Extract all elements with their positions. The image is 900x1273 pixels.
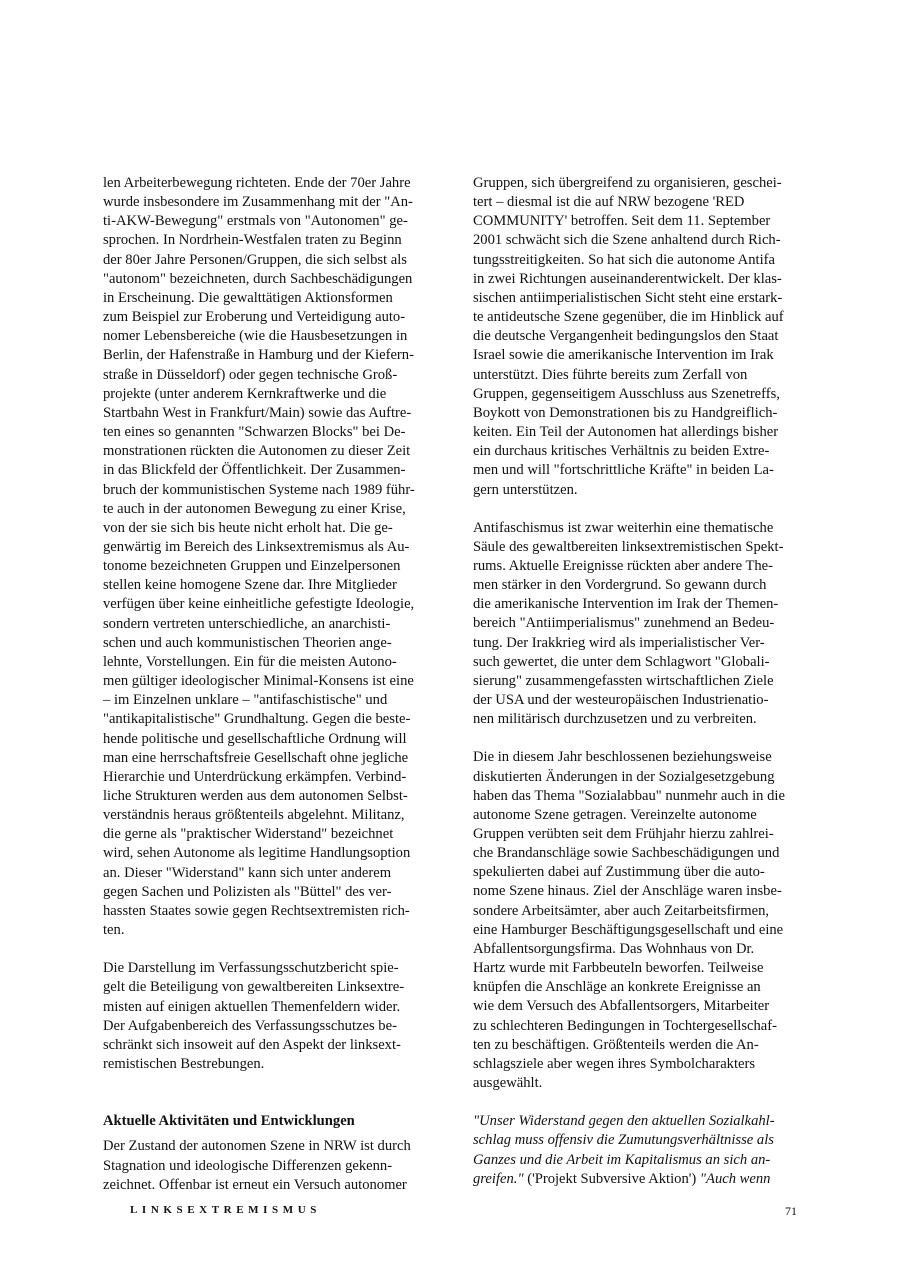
text-line: sondere Arbeitsämter, aber auch Zeitarbe… <box>473 902 803 921</box>
text-line: knüpfen die Anschläge an konkrete Ereign… <box>473 978 803 997</box>
text-line: men und will "fortschrittliche Kräfte" i… <box>473 461 803 480</box>
text-line: liche Strukturen werden aus dem autonome… <box>103 787 433 806</box>
section-heading: Aktuelle Aktivitäten und Entwicklungen <box>103 1112 433 1131</box>
text-line: verständnis heraus größtenteils abgelehn… <box>103 806 433 825</box>
text-line: – im Einzelnen unklare – "antifaschistis… <box>103 691 433 710</box>
text-line: Berlin, der Hafenstraße in Hamburg und d… <box>103 346 433 365</box>
text-line: nomer Lebensbereiche (wie die Hausbesetz… <box>103 327 433 346</box>
text-line: gern unterstützen. <box>473 481 803 500</box>
text-line: in zwei Richtungen auseinanderentwickelt… <box>473 270 803 289</box>
text-line: such gewertet, die unter dem Schlagwort … <box>473 653 803 672</box>
text-line: schlagsziele aber wegen ihres Symbolchar… <box>473 1055 803 1074</box>
text-line: von der sie sich bis heute nicht erholt … <box>103 519 433 538</box>
text-line: len Arbeiterbewegung richteten. Ende der… <box>103 174 433 193</box>
text-line: wie dem Versuch des Abfallentsorgers, Mi… <box>473 997 803 1016</box>
text-line: te antideutsche Szene gegenüber, die im … <box>473 308 803 327</box>
text-line: bereich "Antiimperialismus" zunehmend an… <box>473 614 803 633</box>
text-line: Der Zustand der autonomen Szene in NRW i… <box>103 1137 433 1156</box>
text-line: men gültiger ideologischer Minimal-Konse… <box>103 672 433 691</box>
text-line: rums. Aktuelle Ereignisse rückten aber a… <box>473 557 803 576</box>
text-line: Abfallentsorgungsfirma. Das Wohnhaus von… <box>473 940 803 959</box>
text-line: Hierarchie und Unterdrückung erkämpfen. … <box>103 768 433 787</box>
text-line: ein durchaus kritisches Verhältnis zu be… <box>473 442 803 461</box>
text-line: tert – diesmal ist die auf NRW bezogene … <box>473 193 803 212</box>
text-line: in Erscheinung. Die gewalttätigen Aktion… <box>103 289 433 308</box>
text-line: hassten Staates sowie gegen Rechtsextrem… <box>103 902 433 921</box>
text-line: tung. Der Irakkrieg wird als imperialist… <box>473 634 803 653</box>
quote-italic-lines: "Unser Widerstand gegen den aktuellen So… <box>473 1112 803 1169</box>
text-line: tonome bezeichneten Gruppen und Einzelpe… <box>103 557 433 576</box>
text-line: eine Hamburger Beschäftigungsgesellschaf… <box>473 921 803 940</box>
text-line: schen und auch kommunistischen Theorien … <box>103 634 433 653</box>
right-column: Gruppen, sich übergreifend zu organisier… <box>473 174 803 1208</box>
text-line: Ganzes und die Arbeit im Kapitalismus an… <box>473 1151 803 1170</box>
text-line: 2001 schwächt sich die Szene anhaltend d… <box>473 231 803 250</box>
text-line: wurde insbesondere im Zusammenhang mit d… <box>103 193 433 212</box>
text-line: Hartz wurde mit Farbbeuteln beworfen. Te… <box>473 959 803 978</box>
text-line: Startbahn West in Frankfurt/Main) sowie … <box>103 404 433 423</box>
text-line: die gerne als "praktischer Widerstand" b… <box>103 825 433 844</box>
paragraph-sozialabbau: Die in diesem Jahr beschlossenen beziehu… <box>473 748 803 1093</box>
running-footer-title: LINKSEXTREMISMUS <box>130 1204 797 1216</box>
text-line: Antifaschismus ist zwar weiterhin eine t… <box>473 519 803 538</box>
quote-continuation: "Auch wenn <box>700 1171 771 1187</box>
text-line: ausgewählt. <box>473 1074 803 1093</box>
text-line: stellen keine homogene Szene dar. Ihre M… <box>103 576 433 595</box>
text-line: wird, sehen Autonome als legitime Handlu… <box>103 844 433 863</box>
text-line: man eine herrschaftsfreie Gesellschaft o… <box>103 749 433 768</box>
text-line: haben das Thema "Sozialabbau" nunmehr au… <box>473 787 803 806</box>
text-line: keiten. Ein Teil der Autonomen hat aller… <box>473 423 803 442</box>
text-line: che Brandanschläge sowie Sachbeschädigun… <box>473 844 803 863</box>
text-line: remistischen Bestrebungen. <box>103 1055 433 1074</box>
paragraph-verfassungsschutz-scope: Die Darstellung im Verfassungsschutzberi… <box>103 959 433 1074</box>
text-line: tungsstreitigkeiten. So hat sich die aut… <box>473 251 803 270</box>
page-number: 71 <box>785 1204 797 1219</box>
text-line: diskutierten Änderungen in der Sozialges… <box>473 768 803 787</box>
quote-end-fragment: greifen." <box>473 1171 524 1187</box>
text-line: sondern vertreten unterschiedliche, an a… <box>103 615 433 634</box>
text-line: straße in Düsseldorf) oder gegen technis… <box>103 366 433 385</box>
text-line: Gruppen, gegenseitigem Ausschluss aus Sz… <box>473 385 803 404</box>
text-line: zu schlechteren Bedingungen in Tochterge… <box>473 1017 803 1036</box>
text-line: gelt die Beteiligung von gewaltbereiten … <box>103 978 433 997</box>
text-line: ten. <box>103 921 433 940</box>
text-line: Gruppen verübten seit dem Frühjahr hierz… <box>473 825 803 844</box>
text-line: misten auf einigen aktuellen Themenfelde… <box>103 998 433 1017</box>
text-line: ten eines so genannten "Schwarzen Blocks… <box>103 423 433 442</box>
text-line: der USA und der westeuropäischen Industr… <box>473 691 803 710</box>
quote-last-line: greifen." ('Projekt Subversive Aktion') … <box>473 1170 803 1189</box>
text-line: sierung" zusammengefassten wirtschaftlic… <box>473 672 803 691</box>
paragraph-current-state: Der Zustand der autonomen Szene in NRW i… <box>103 1137 433 1194</box>
text-line: Der Aufgabenbereich des Verfassungsschut… <box>103 1017 433 1036</box>
text-line: te auch in der autonomen Bewegung zu ein… <box>103 500 433 519</box>
text-line: die deutsche Vergangenheit bedingungslos… <box>473 327 803 346</box>
text-line: bruch der kommunistischen Systeme nach 1… <box>103 481 433 500</box>
text-line: Gruppen, sich übergreifend zu organisier… <box>473 174 803 193</box>
quote-source: ('Projekt Subversive Aktion') <box>524 1171 700 1187</box>
text-line: COMMUNITY' betroffen. Seit dem 11. Septe… <box>473 212 803 231</box>
text-line: schränkt sich insoweit auf den Aspekt de… <box>103 1036 433 1055</box>
left-column: len Arbeiterbewegung richteten. Ende der… <box>103 174 433 1214</box>
text-line: Säule des gewaltbereiten linksextremisti… <box>473 538 803 557</box>
text-line: "Unser Widerstand gegen den aktuellen So… <box>473 1112 803 1131</box>
text-line: Israel sowie die amerikanische Intervent… <box>473 346 803 365</box>
text-line: genwärtig im Bereich des Linksextremismu… <box>103 538 433 557</box>
text-line: "antikapitalistische" Grundhaltung. Gege… <box>103 710 433 729</box>
text-line: verfügen über keine einheitliche gefesti… <box>103 595 433 614</box>
paragraph-antifascism-themes: Antifaschismus ist zwar weiterhin eine t… <box>473 519 803 730</box>
text-line: hende politische und gesellschaftliche O… <box>103 730 433 749</box>
text-line: projekte (unter anderem Kernkraftwerke u… <box>103 385 433 404</box>
paragraph-autonome-history: len Arbeiterbewegung richteten. Ende der… <box>103 174 433 940</box>
text-line: Stagnation und ideologische Differenzen … <box>103 1157 433 1176</box>
text-line: in das Blickfeld der Öffentlichkeit. Der… <box>103 461 433 480</box>
text-line: "autonom" bezeichneten, durch Sachbeschä… <box>103 270 433 289</box>
text-line: zeichnet. Offenbar ist erneut ein Versuc… <box>103 1176 433 1195</box>
text-line: sprochen. In Nordrhein-Westfalen traten … <box>103 231 433 250</box>
text-line: lehnte, Vorstellungen. Ein für die meist… <box>103 653 433 672</box>
text-line: ti-AKW-Bewegung" erstmals von "Autonomen… <box>103 212 433 231</box>
text-line: gegen Sachen und Polizisten als "Büttel"… <box>103 883 433 902</box>
text-line: die amerikanische Intervention im Irak d… <box>473 595 803 614</box>
text-line: Die in diesem Jahr beschlossenen beziehu… <box>473 748 803 767</box>
text-line: sischen antiimperialistischen Sicht steh… <box>473 289 803 308</box>
text-line: spekulierten dabei auf Zustimmung über d… <box>473 863 803 882</box>
text-line: an. Dieser "Widerstand" kann sich unter … <box>103 864 433 883</box>
text-line: autonome Szene getragen. Vereinzelte aut… <box>473 806 803 825</box>
text-line: ten zu beschäftigen. Größtenteils werden… <box>473 1036 803 1055</box>
text-line: unterstützt. Dies führte bereits zum Zer… <box>473 366 803 385</box>
quote-paragraph: "Unser Widerstand gegen den aktuellen So… <box>473 1112 803 1189</box>
text-line: zum Beispiel zur Eroberung und Verteidig… <box>103 308 433 327</box>
paragraph-scene-split: Gruppen, sich übergreifend zu organisier… <box>473 174 803 500</box>
text-line: men stärker in den Vordergrund. So gewan… <box>473 576 803 595</box>
text-line: schlag muss offensiv die Zumutungsverhäl… <box>473 1131 803 1150</box>
text-line: nome Szene hinaus. Ziel der Anschläge wa… <box>473 882 803 901</box>
text-line: Boykott von Demonstrationen bis zu Handg… <box>473 404 803 423</box>
text-line: nen militärisch durchzusetzen und zu ver… <box>473 710 803 729</box>
text-line: Die Darstellung im Verfassungsschutzberi… <box>103 959 433 978</box>
text-line: monstrationen rückten die Autonomen zu d… <box>103 442 433 461</box>
text-line: der 80er Jahre Personen/Gruppen, die sic… <box>103 251 433 270</box>
